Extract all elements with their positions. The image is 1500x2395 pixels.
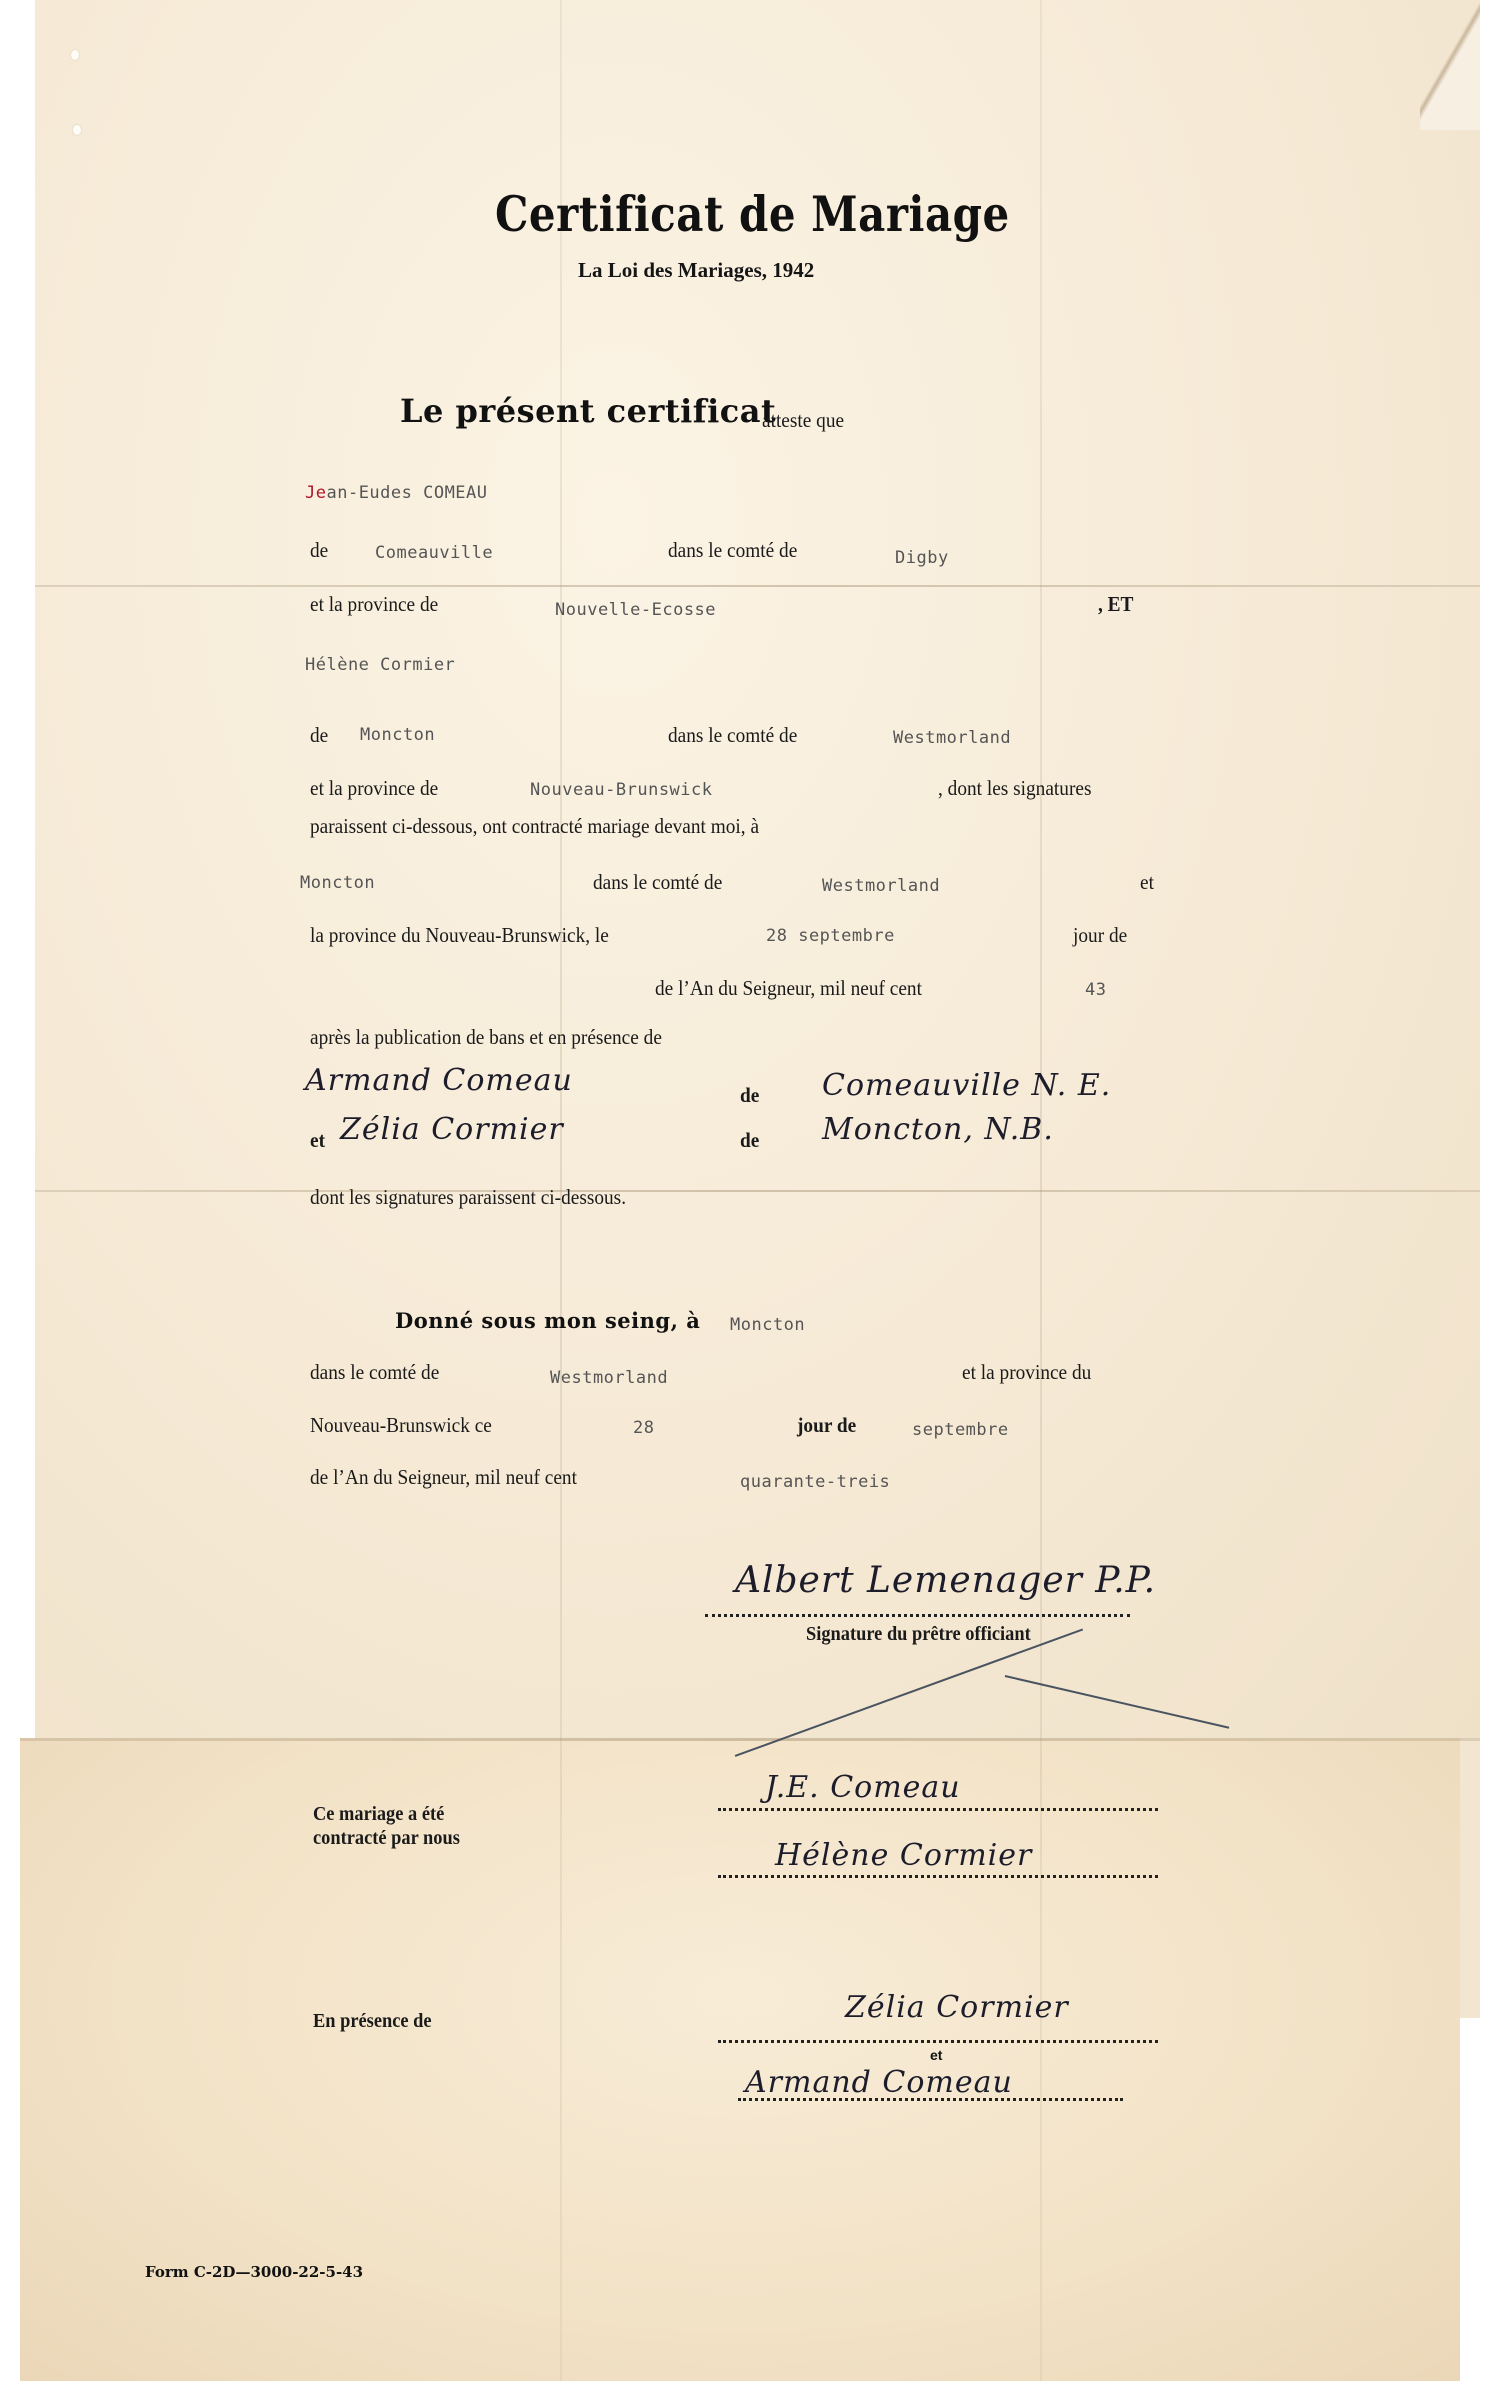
- label-de: de: [310, 538, 328, 563]
- label-province: et la province de: [310, 776, 438, 801]
- fold-crease: [35, 585, 1480, 587]
- label-province: et la province du: [962, 1360, 1091, 1385]
- witness-2-name: Zélia Cormier: [340, 1112, 564, 1147]
- corner-fold: [1420, 0, 1480, 130]
- groom-signature: J.E. Comeau: [765, 1770, 961, 1805]
- label-de: de: [310, 723, 328, 748]
- label-de: de: [740, 1128, 759, 1153]
- given-place: Moncton: [730, 1315, 805, 1335]
- label-jour: jour de: [797, 1413, 856, 1438]
- ceremony-year: 43: [1085, 980, 1106, 1000]
- label-et: et: [310, 1128, 325, 1153]
- label-county: dans le comté de: [310, 1360, 439, 1385]
- witness-2-origin: Moncton, N.B.: [822, 1112, 1054, 1147]
- bride-signature: Hélène Cormier: [775, 1838, 1032, 1873]
- groom-town: Comeauville: [375, 543, 493, 563]
- label-et: et: [930, 2047, 942, 2063]
- groom-county: Digby: [895, 548, 949, 568]
- label-signatures: , dont les signatures: [938, 776, 1091, 801]
- label-province: et la province de: [310, 592, 438, 617]
- bride-county: Westmorland: [893, 728, 1011, 748]
- signature-line: [738, 2098, 1123, 2101]
- officiant-signature-label: Signature du prêtre officiant: [806, 1623, 1031, 1646]
- label-nb: Nouveau-Brunswick ce: [310, 1413, 492, 1438]
- label-et: et: [1140, 870, 1154, 895]
- label-year: de l’An du Seigneur, mil neuf cent: [310, 1465, 577, 1490]
- witness-1-origin: Comeauville N. E.: [822, 1068, 1111, 1103]
- certificate-subtitle: La Loi des Mariages, 1942: [578, 258, 814, 283]
- label-signatures-below: dont les signatures paraissent ci-dessou…: [310, 1185, 626, 1210]
- label-bans: après la publication de bans et en prése…: [310, 1025, 662, 1050]
- ceremony-date: 28 septembre: [766, 926, 895, 946]
- given-month: septembre: [912, 1420, 1009, 1440]
- label-year: de l’An du Seigneur, mil neuf cent: [655, 976, 922, 1001]
- witness-1-name: Armand Comeau: [305, 1063, 573, 1098]
- label-county: dans le comté de: [668, 538, 797, 563]
- groom-province: Nouvelle-Ecosse: [555, 600, 716, 620]
- signature-line: [718, 2040, 1158, 2043]
- ceremony-county: Westmorland: [822, 876, 940, 896]
- certificate-heading: Le présent certificat: [400, 392, 776, 430]
- certificate-title: Certificat de Mariage: [495, 186, 1010, 242]
- witness-signature-2: Armand Comeau: [745, 2065, 1013, 2100]
- label-de: de: [740, 1083, 759, 1108]
- given-county: Westmorland: [550, 1368, 668, 1388]
- signature-line: [718, 1808, 1158, 1811]
- witness-signature-1: Zélia Cormier: [845, 1990, 1069, 2025]
- ceremony-place: Moncton: [300, 873, 375, 893]
- presence-label: En présence de: [313, 2010, 432, 2033]
- signature-line: [705, 1614, 1130, 1617]
- punch-hole: [71, 50, 79, 60]
- contracted-label-line2: contracté par nous: [313, 1827, 460, 1850]
- contracted-label-line1: Ce mariage a été: [313, 1803, 444, 1826]
- label-province-date: la province du Nouveau-Brunswick, le: [310, 923, 609, 948]
- label-county: dans le comté de: [668, 723, 797, 748]
- label-and: , ET: [1098, 592, 1133, 617]
- certificate-paper-lower: [20, 1738, 1460, 2381]
- punch-hole: [73, 125, 81, 135]
- paper-edge: [1460, 1738, 1480, 2018]
- bride-province: Nouveau-Brunswick: [530, 780, 713, 800]
- given-day: 28: [633, 1418, 654, 1438]
- label-jour: jour de: [1073, 923, 1127, 948]
- fold-crease: [20, 1738, 1480, 1741]
- bride-town: Moncton: [360, 725, 435, 745]
- contract-line: paraissent ci-dessous, ont contracté mar…: [310, 814, 759, 839]
- bride-name: Hélène Cormier: [305, 655, 455, 675]
- fold-crease: [35, 1190, 1480, 1192]
- form-number: Form C-2D—3000-22-5-43: [145, 2263, 363, 2281]
- signature-line: [718, 1875, 1158, 1878]
- heading-suffix: atteste que: [762, 408, 844, 433]
- label-county: dans le comté de: [593, 870, 722, 895]
- groom-name: Jean-Eudes COMEAU: [305, 483, 488, 503]
- given-year: quarante-treis: [740, 1472, 890, 1492]
- officiant-signature: Albert Lemenager P.P.: [735, 1560, 1156, 1601]
- given-heading: Donné sous mon seing, à: [395, 1308, 700, 1333]
